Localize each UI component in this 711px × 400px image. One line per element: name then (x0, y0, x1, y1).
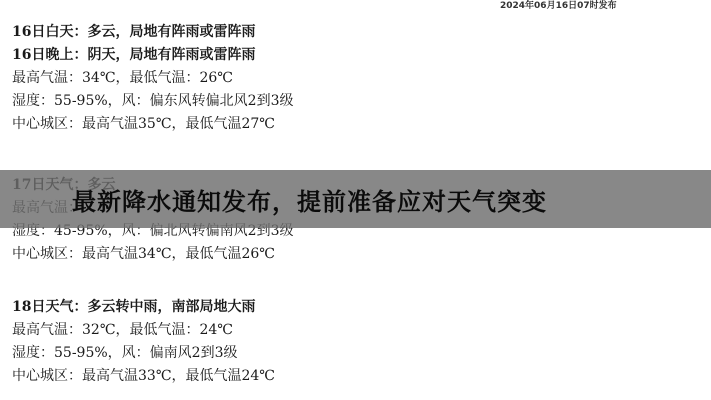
day16-city-center: 中心城区：最高气温35℃，最低气温27℃ (12, 113, 293, 136)
day17-city-center: 中心城区：最高气温34℃，最低气温26℃ (12, 243, 293, 266)
forecast-document: 16日白天：多云，局地有阵雨或雷阵雨 16日晚上：阴天，局地有阵雨或雷阵雨 最高… (12, 21, 293, 136)
day16-humidity-wind: 湿度：55-95%，风：偏东风转偏北风2到3级 (12, 90, 293, 113)
forecast-day-18: 18日天气：多云转中雨，南部局地大雨 最高气温：32℃，最低气温：24℃ 湿度：… (12, 296, 275, 388)
day16-daytime: 16日白天：多云，局地有阵雨或雷阵雨 (12, 21, 293, 44)
day16-night: 16日晚上：阴天，局地有阵雨或雷阵雨 (12, 44, 293, 67)
publish-timestamp: 2024年06月16日07时发布 (500, 0, 617, 11)
day18-humidity-wind: 湿度：55-95%，风：偏南风2到3级 (12, 342, 275, 365)
headline-text: 最新降水通知发布，提前准备应对天气突变 (72, 182, 547, 217)
day18-city-center: 中心城区：最高气温33℃，最低气温24℃ (12, 365, 275, 388)
forecast-day-16: 16日白天：多云，局地有阵雨或雷阵雨 16日晚上：阴天，局地有阵雨或雷阵雨 最高… (12, 21, 293, 136)
headline-banner: 最新降水通知发布，提前准备应对天气突变 (0, 170, 711, 228)
day16-temperature: 最高气温：34℃，最低气温：26℃ (12, 67, 293, 90)
day18-temperature: 最高气温：32℃，最低气温：24℃ (12, 319, 275, 342)
day18-weather: 18日天气：多云转中雨，南部局地大雨 (12, 296, 275, 319)
